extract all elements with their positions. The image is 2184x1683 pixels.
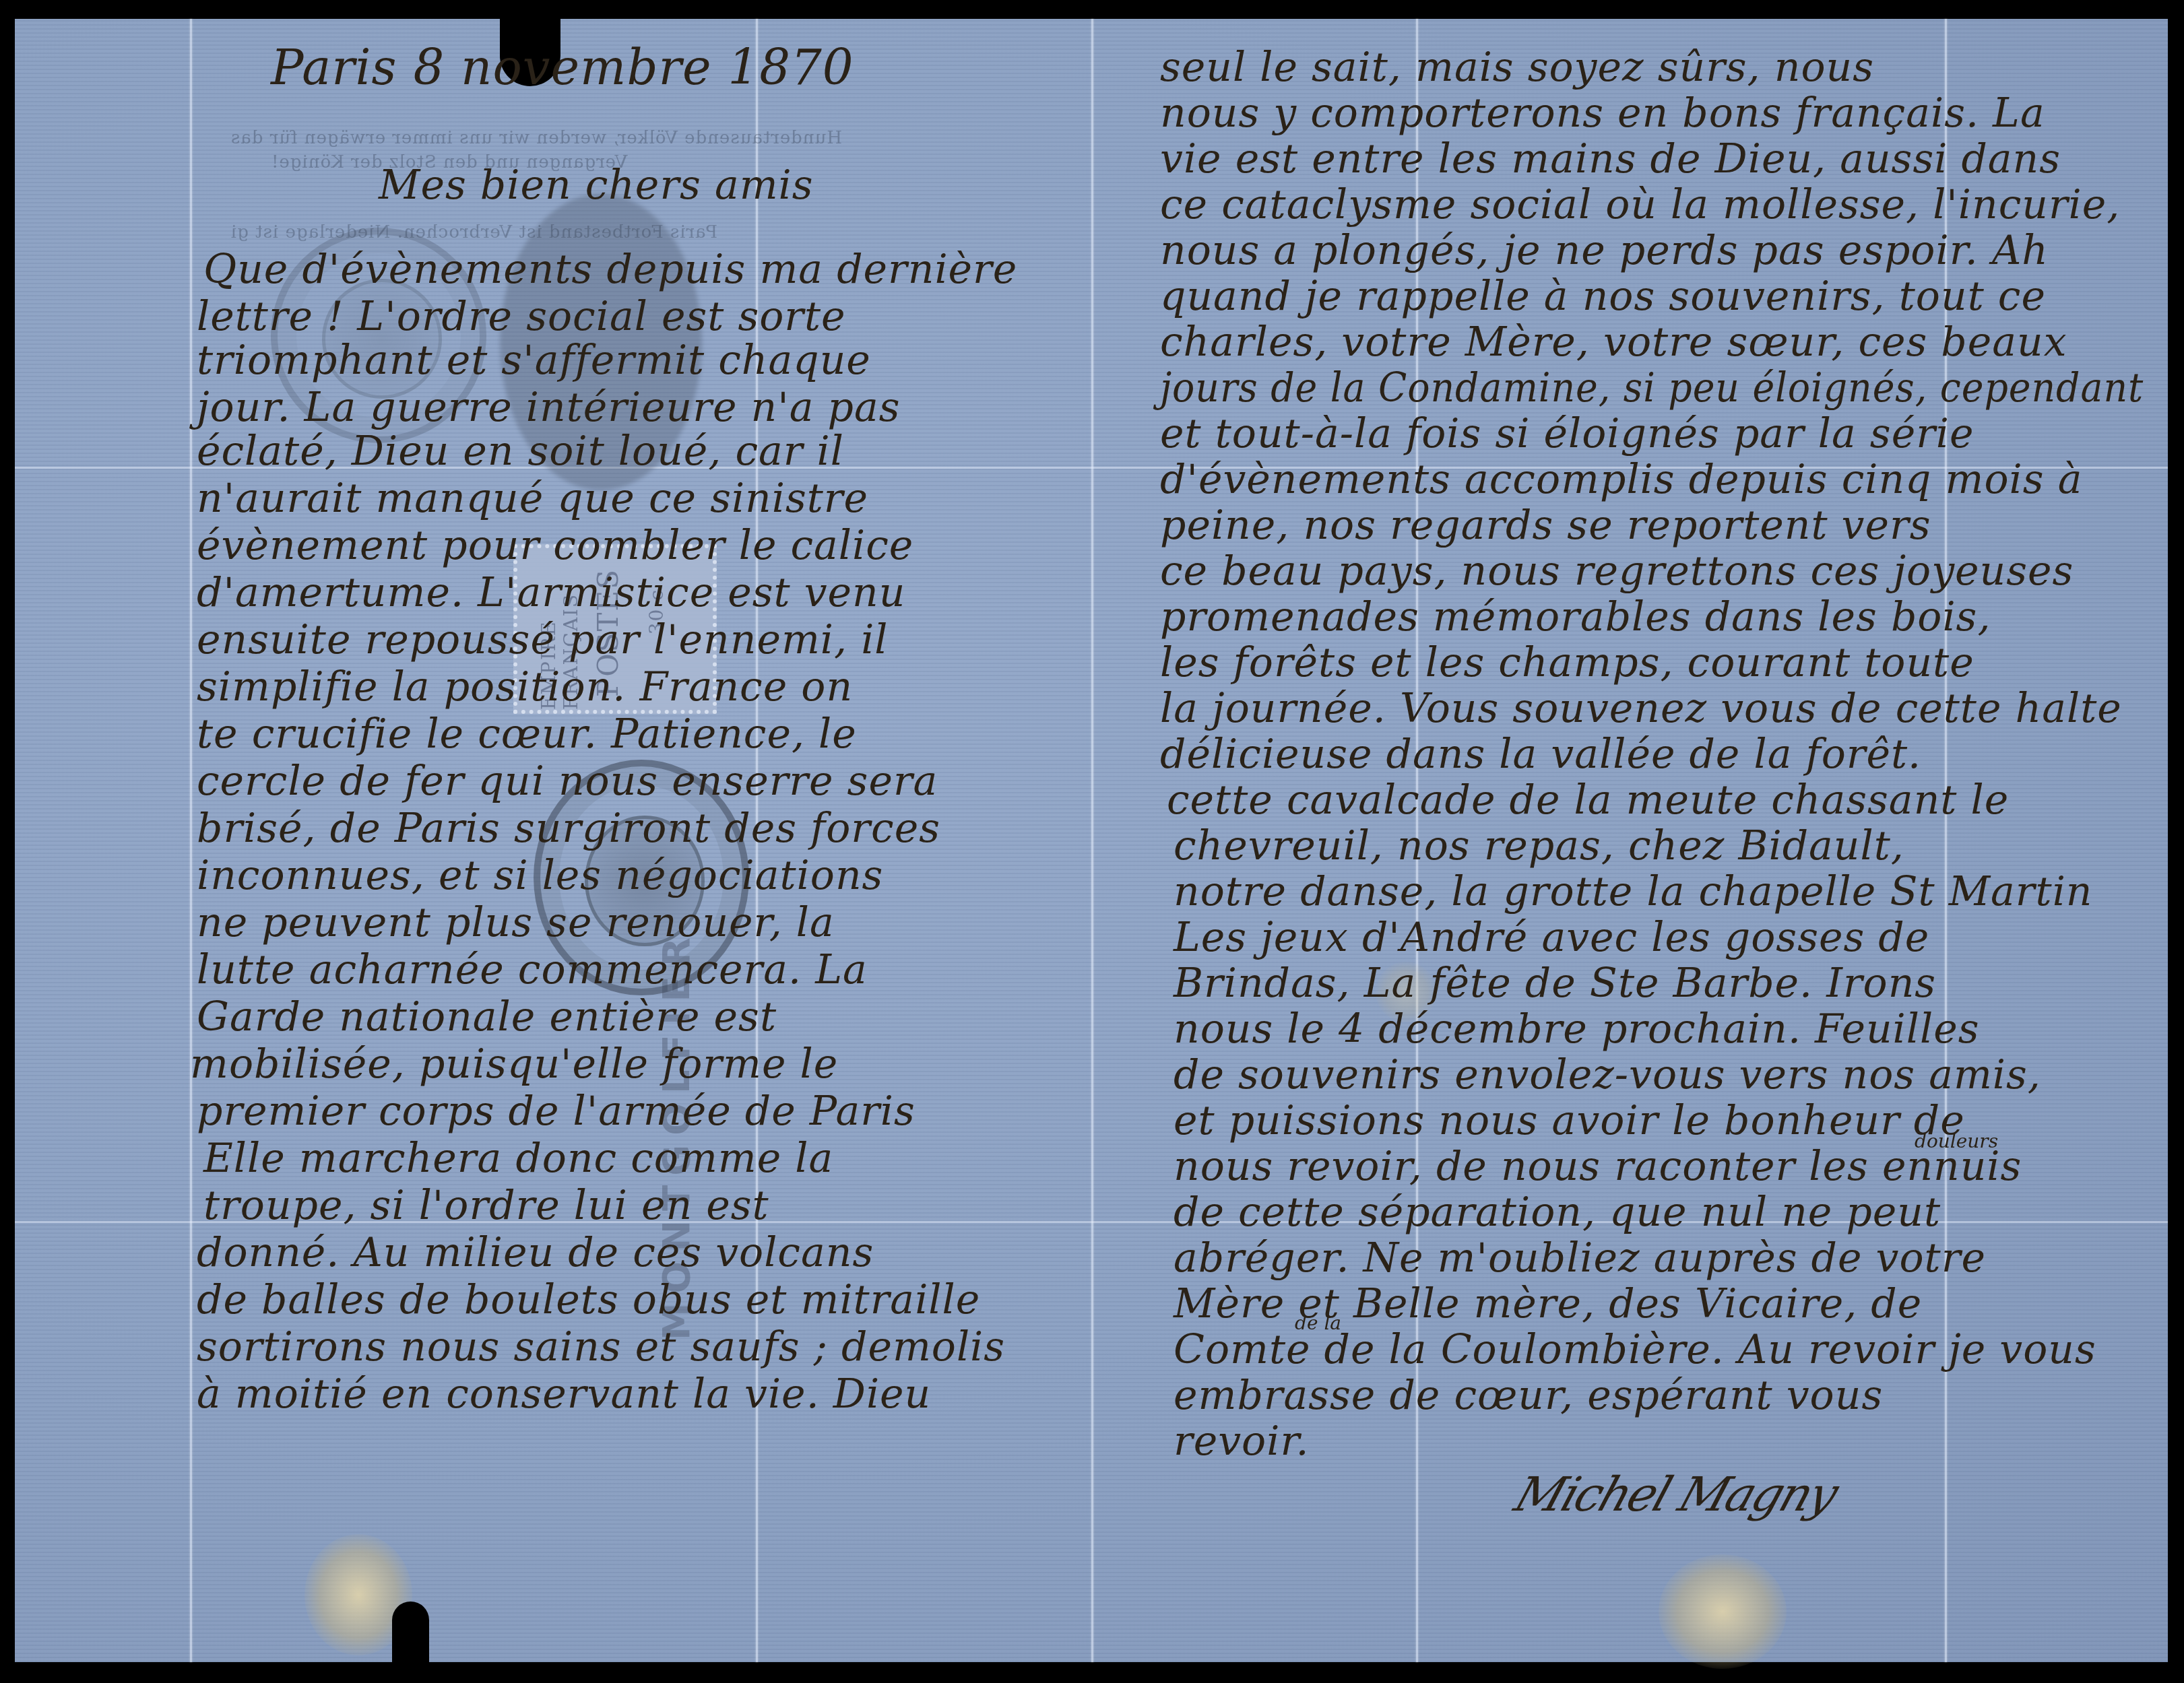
letter-line: te crucifie le cœur. Patience, le (197, 713, 857, 756)
letter-line: inconnues, et si les négociations (197, 854, 883, 897)
letter-line: de balles de boulets obus et mitraille (197, 1278, 980, 1321)
letter-line: Que d'évènements depuis ma dernière (203, 248, 1017, 291)
fold-line-vertical (1091, 19, 1093, 1662)
interlinear-note: douleurs (1915, 1130, 1998, 1152)
letter-sheet: Hundertausende Völker, werden wir uns im… (15, 19, 2168, 1662)
letter-line: jours de la Condamine, si peu éloignés, … (1160, 366, 2144, 409)
letter-line: délicieuse dans la vallée de la forêt. (1160, 733, 1921, 776)
letter-line: donné. Au milieu de ces volcans (197, 1231, 874, 1274)
letter-line: Garde nationale entière est (197, 995, 777, 1038)
letter-line: promenades mémorables dans les bois, (1160, 595, 1991, 638)
letter-line: brisé, de Paris surgiront des forces (197, 807, 940, 850)
fold-line-vertical (190, 19, 192, 1662)
letter-line: nous le 4 décembre prochain. Feuilles (1174, 1008, 1979, 1051)
letter-line: d'évènements accomplis depuis cinq mois … (1160, 458, 2082, 501)
letter-line: et tout-à-la fois si éloignés par la sér… (1160, 412, 1974, 455)
letter-line: charles, votre Mère, votre sœur, ces bea… (1160, 321, 2067, 364)
letter-line: peine, nos regards se reportent vers (1160, 504, 1931, 547)
letter-line: ce beau pays, nous regrettons ces joyeus… (1160, 550, 2074, 593)
letter-line: lutte acharnée commencera. La (197, 948, 868, 991)
letter-line: triomphant et s'affermit chaque (197, 339, 871, 382)
letter-line: revoir. (1174, 1420, 1310, 1463)
letter-line: quand je rappelle à nos souvenirs, tout … (1160, 275, 2046, 318)
letter-line: mobilisée, puisqu'elle forme le (190, 1043, 838, 1086)
letter-line: nous a plongés, je ne perds pas espoir. … (1160, 229, 2049, 272)
letter-line: notre danse, la grotte la chapelle St Ma… (1174, 870, 2093, 913)
letter-line: sortirons nous sains et saufs ; demolis (197, 1325, 1005, 1368)
signature: Michel Magny (1508, 1467, 1844, 1522)
letter-line: Comte de la Coulombière. Au revoir je vo… (1174, 1328, 2096, 1371)
letter-line: simplifie la position. France on (197, 665, 853, 708)
letter-line: évènement pour combler le calice (197, 524, 913, 567)
letter-line: de souvenirs envolez-vous vers nos amis, (1174, 1053, 2041, 1096)
letter-line: cette cavalcade de la meute chassant le (1167, 779, 2009, 822)
letter-line: cercle de fer qui nous enserre sera (197, 760, 938, 803)
letter-line: la journée. Vous souvenez vous de cette … (1160, 687, 2122, 730)
paper-stain (1659, 1554, 1787, 1669)
ghost-print-line: Hundertausende Völker, werden wir uns im… (230, 127, 842, 150)
letter-line: Elle marchera donc comme la (203, 1137, 833, 1180)
letter-line: premier corps de l'armée de Paris (197, 1090, 916, 1133)
letter-line: nous revoir, de nous raconter les ennuis (1174, 1145, 2022, 1188)
letter-place-date: Paris 8 novembre 1870 (271, 46, 854, 89)
letter-line: éclaté, Dieu en soit loué, car il (197, 430, 844, 473)
letter-line: Mère et Belle mère, des Vicaire, de (1174, 1282, 1922, 1325)
letter-line: lettre ! L'ordre social est sorte (197, 295, 846, 338)
letter-line: troupe, si l'ordre lui en est (203, 1184, 769, 1227)
letter-line: ce cataclysme social où la mollesse, l'i… (1160, 183, 2120, 226)
letter-salutation: Mes bien chers amis (379, 164, 814, 207)
letter-line: embrasse de cœur, espérant vous (1174, 1374, 1883, 1417)
letter-line: Les jeux d'André avec les gosses de (1174, 916, 1929, 959)
letter-line: nous y comporterons en bons français. La (1160, 92, 2045, 135)
letter-line: à moitié en conservant la vie. Dieu (197, 1373, 931, 1416)
paper-tear (392, 1602, 429, 1669)
letter-line: seul le sait, mais soyez sûrs, nous (1160, 46, 1874, 89)
letter-line: Brindas, La fête de Ste Barbe. Irons (1174, 962, 1936, 1005)
letter-line: de cette séparation, que nul ne peut (1174, 1191, 1941, 1234)
letter-line: ensuite repoussé par l'ennemi, il (197, 618, 889, 661)
letter-line: et puissions nous avoir le bonheur de (1174, 1099, 1965, 1142)
letter-line: chevreuil, nos repas, chez Bidault, (1174, 824, 1904, 867)
letter-line: d'amertume. L'armistice est venu (197, 571, 905, 614)
letter-line: les forêts et les champs, courant toute (1160, 641, 1974, 684)
letter-line: abréger. Ne m'oubliez auprès de votre (1174, 1236, 1986, 1280)
letter-line: n'aurait manqué que ce sinistre (197, 477, 868, 520)
letter-line: jour. La guerre intérieure n'a pas (197, 386, 900, 429)
letter-line: vie est entre les mains de Dieu, aussi d… (1160, 137, 2061, 180)
letter-line: ne peuvent plus se renouer, la (197, 901, 835, 944)
